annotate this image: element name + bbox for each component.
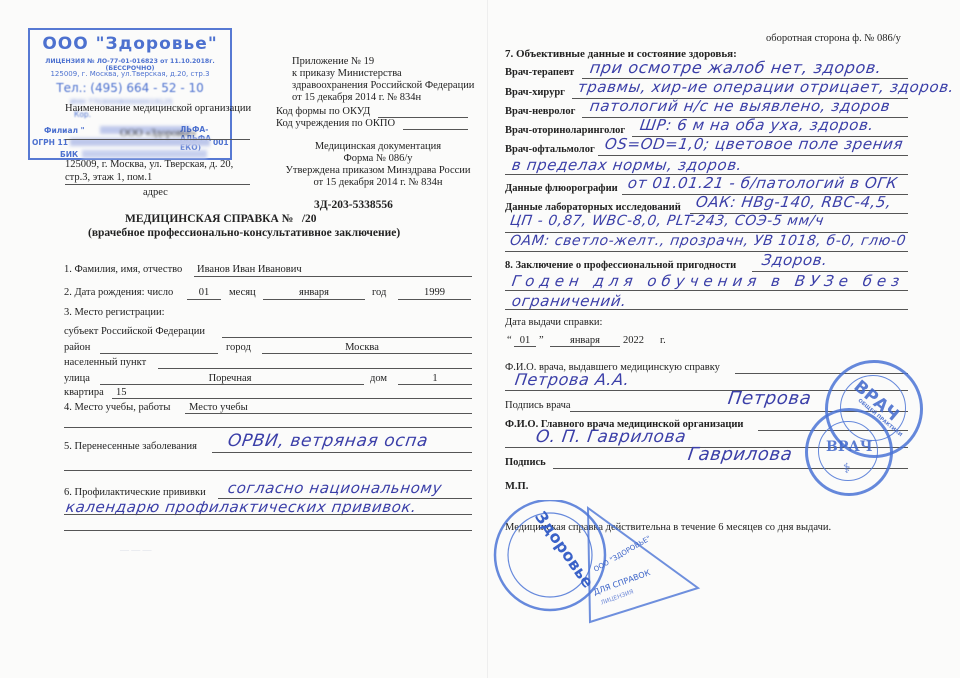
stamp-org-name: ООО "Здоровье" [30,34,230,54]
lab-results-value-2[interactable]: ЦП - 0,87, WBC-8,0, PLT-243, СОЭ-5 мм/ч [509,213,825,229]
quote-open: “ [507,334,512,347]
section-8-value-3[interactable]: ограничений. [511,292,628,310]
fio-value[interactable]: Иванов Иван Иванович [197,263,302,276]
neurologist-label: Врач-невролог [505,105,575,118]
chief-signature-label: Подпись [505,456,546,469]
org-address-label: адрес [143,186,168,199]
diseases-value[interactable]: ОРВИ, ветряная оспа [227,431,430,451]
document-subtitle: (врачебное профессионально-консультативн… [88,227,400,240]
apartment-label: квартира [64,386,104,399]
surgeon-value[interactable]: травмы, хир-ие операции отрицает, здоров… [577,78,956,96]
dob-day[interactable]: 01 [187,286,221,299]
form-info-4: от 15 декабря 2014 г. № 834н [282,176,474,189]
stamp-branch: Филиал " [44,126,85,135]
organization-stamp: ООО "Здоровье" ЛИЦЕНЗИЯ № ЛО-77-01-01682… [28,28,232,160]
dob-month-label: месяц [229,286,256,299]
ophthalmologist-value-1[interactable]: OS=OD=1,0; цветовое поле зрения [604,135,905,153]
ophthalmologist-label: Врач-офтальмолог [505,143,595,156]
neurologist-value[interactable]: патологий н/с не выявлено, здоров [589,97,892,115]
surgeon-label: Врач-хирург [505,86,565,99]
fio-label: 1. Фамилия, имя, отчество [64,263,182,276]
doctor-signature[interactable]: Петрова [727,388,813,409]
chief-signature[interactable]: Гаврилова [687,444,794,465]
dob-year-label: год [372,286,386,299]
issue-month[interactable]: января [550,334,620,347]
appendix-line-4: от 15 декабря 2014 г. № 834н [292,91,421,104]
section-8-label: 8. Заключение о профессиональной пригодн… [505,259,736,272]
dob-year[interactable]: 1999 [398,286,471,299]
doctor-signature-label: Подпись врача [505,399,571,412]
issue-year[interactable]: 2022 [623,334,644,347]
section-8-value-1[interactable]: Здоров. [761,251,829,269]
org-name-label: Наименование медицинской организации [65,102,251,115]
ophthalmologist-value-2[interactable]: в пределах нормы, здоров. [511,156,744,174]
okpo-label: Код учреждения по ОКПО [276,117,395,130]
lab-results-value-1[interactable]: ОАК: HBg-140, RBC-4,5, [695,193,893,211]
house-label: дом [370,372,387,385]
subject-label: субъект Российской Федерации [64,325,205,338]
section-8-value-2[interactable]: Годен для обучения в ВУЗе без [511,272,906,290]
therapist-value[interactable]: при осмотре жалоб нет, здоров. [589,58,883,77]
fluorography-value[interactable]: от 01.01.21 - б/патологий в ОГК [627,174,899,192]
registration-label: 3. Место регистрации: [64,306,165,319]
org-address-line-2: стр.3, этаж 1, пом.1 [65,171,152,184]
issue-day[interactable]: 01 [514,334,536,347]
seal-label: М.П. [505,480,528,493]
diseases-label: 5. Перенесенные заболевания [64,440,197,453]
document-number: 3Д-203-5338556 [314,199,393,212]
org-address-line-1: 125009, г. Москва, ул. Тверская, д. 20, [65,158,233,171]
caduceus-icon: ⚕ [843,461,851,477]
stamp-ogrn: ОГРН 11 [32,138,68,147]
stamp-phone: Тел.: (495) 664 - 52 - 10 [30,81,230,95]
fluorography-label: Данные флюорографии [505,182,618,195]
doctor-fio-value[interactable]: Петрова А.А. [514,370,631,389]
study-label: 4. Место учебы, работы [64,401,170,414]
year-suffix: г. [660,334,666,347]
ent-value[interactable]: ШР: 6 м на оба уха, здоров. [639,116,876,134]
dob-month[interactable]: января [263,286,365,299]
study-value[interactable]: Место учебы [189,401,248,414]
city-value[interactable]: Москва [262,341,462,354]
chief-fio-value[interactable]: О. П. Гаврилова [535,427,688,447]
locality-label: населенный пункт [64,356,146,369]
page-fold [487,0,488,678]
vaccinations-value-1[interactable]: согласно национальному [227,479,444,497]
house-value[interactable]: 1 [398,372,472,385]
document-title: МЕДИЦИНСКАЯ СПРАВКА № /20 [125,213,317,226]
doctor-stamp-2: ВРАЧ ⚕ [805,408,893,496]
city-label: город [226,341,251,354]
issue-date-label: Дата выдачи справки: [505,316,602,329]
reverse-side-header: оборотная сторона ф. № 086/у [766,32,901,45]
street-label: улица [64,372,90,385]
therapist-label: Врач-терапевт [505,66,574,79]
dob-label: 2. Дата рождения: число [64,286,173,299]
street-value[interactable]: Поречная [140,372,320,385]
apartment-value[interactable]: 15 [116,386,127,399]
lab-results-value-3[interactable]: ОАМ: светло-желт., прозрачн, УВ 1018, б-… [509,233,907,249]
quote-close: ” [539,334,544,347]
stamp-address: 125009, г. Москва, ул.Тверская, д.20, ст… [30,70,230,78]
district-label: район [64,341,90,354]
